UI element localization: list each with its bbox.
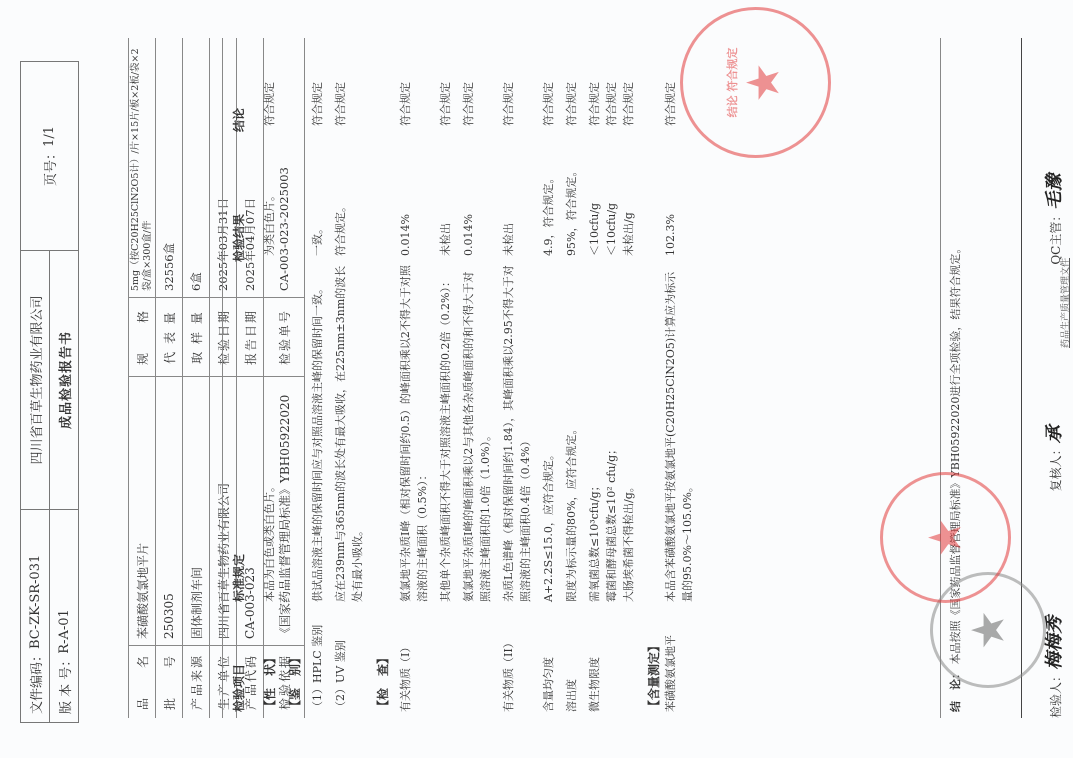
column-headers: 检验项目 标准规定 检验结果 结论 [223, 38, 253, 718]
info-row: 批 号 250305 代 表 量 32556盒 [156, 38, 183, 718]
info-row: 品 名 苯磺酸氨氯地平片 规 格 5mg（按C20H25ClN2O5计）/片×1… [129, 38, 156, 718]
result-row: 有关物质（I） 氨氯地平杂质I峰（相对保留时间约0.5）的峰面积乘以2不得大于对… [397, 38, 431, 718]
info-row: 产品来源 固体制剂车间 取 样 量 6盒 [183, 38, 210, 718]
file-code: 文件编码：BC-ZK-SR-031 [21, 510, 50, 722]
star-icon: ★ [922, 520, 969, 556]
section-assay: 【含量测定】 [645, 38, 662, 718]
sample-quantity: 6盒 [183, 38, 209, 297]
inspection-results: 检验项目 标准规定 检验结果 结论 【性 状】 本品为白色或类白色片。 为类白色… [222, 38, 1023, 718]
section-inspection: 【检 查】 [374, 38, 391, 718]
product-source: 固体制剂车间 [183, 376, 209, 645]
footer-note: 药品生产质量管理文件 [1058, 258, 1071, 348]
result-row: 其他单个杂质峰面积不得大于对照溶液主峰面积的0.2倍（0.2%）： 未检出 符合… [437, 38, 454, 718]
result-row: 氨氯地平杂质I峰的峰面积乘以2与其他各杂质峰面积的和不得大于对照溶液主峰面积的1… [460, 38, 494, 718]
specification: 5mg（按C20H25ClN2O5计）/片×15片/板×2板/袋×2袋/盒×30… [129, 38, 155, 297]
inspector-signature: 检验人：梅梅秀 [1040, 491, 1066, 718]
quality-dept-stamp: ★ [880, 472, 1011, 603]
company-name: 四川省百草生物药业有限公司 [21, 251, 50, 509]
qc-signature: QC主管：毛豫 [1040, 38, 1066, 265]
result-row: 霉菌和酵母菌总数≤10² cfu/g； ＜10cfu/g 符合规定 [603, 38, 620, 718]
batch-number: 250305 [156, 376, 182, 645]
result-row: （1）HPLC 鉴别 供试品溶液主峰的保留时间应与对照品溶液主峰的保留时间一致。… [309, 38, 326, 718]
representative-quantity: 32556盒 [156, 38, 182, 297]
product-name: 苯磺酸氨氯地平片 [129, 376, 155, 645]
page-number: 页号：1/1 [21, 62, 78, 250]
result-row: 大肠埃希菌不得检出/g。 未检出/g 符合规定 [620, 38, 637, 718]
rotated-document-page: 文件编码：BC-ZK-SR-031 版 本 号：R-A-01 四川省百草生物药业… [0, 0, 1073, 758]
star-icon: ★ [965, 612, 1012, 648]
version-number: 版 本 号：R-A-01 [50, 510, 78, 722]
result-row: 有关物质（II） 杂质L色谱峰（相对保留时间约1.84），其峰面积乘以2.95不… [500, 38, 534, 718]
section-identification: 【鉴 别】 [286, 38, 303, 718]
result-row: 溶出度 限度为标示量的80%，应符合规定。 95%，符合规定。 符合规定 [563, 38, 580, 718]
result-row: 微生物限度 需氧菌总数≤10³cfu/g； ＜10cfu/g 符合规定 [586, 38, 603, 718]
result-row: 本品为白色或类白色片。 为类白色片。 符合规定 [261, 38, 278, 718]
result-row: 苯磺酸氨氯地平 本品含苯磺酸氨氯地平按氨氯地平(C20H25ClN2O5)计算应… [662, 38, 696, 718]
star-icon: ★ [740, 65, 787, 101]
result-row: （2）UV 鉴别 应在239nm与365nm的波长处有最大吸收，在225nm±3… [332, 38, 366, 718]
result-row: 含量均匀度 A+2.2S≤15.0，应符合规定。 4.9，符合规定。 符合规定 [540, 38, 557, 718]
report-title: 成品检验报告书 [50, 251, 78, 509]
document-header: 文件编码：BC-ZK-SR-031 版 本 号：R-A-01 四川省百草生物药业… [20, 61, 79, 723]
conclusion-stamp: 结论 符合规定 ★ [680, 7, 831, 158]
